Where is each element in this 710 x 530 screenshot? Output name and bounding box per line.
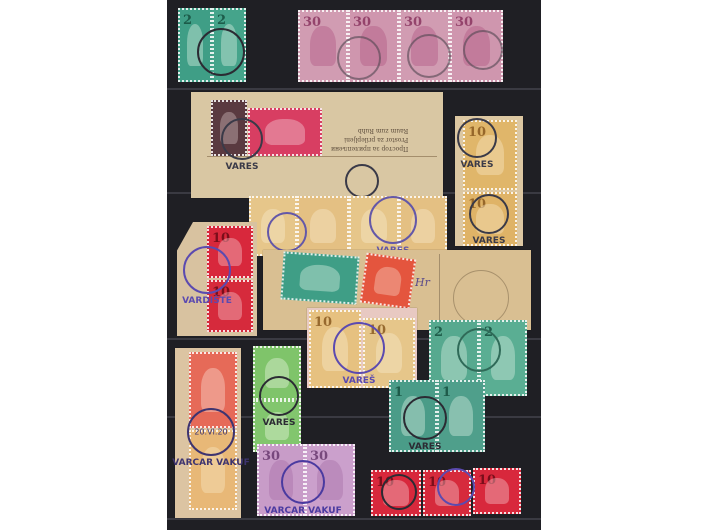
postmark-text: VAREŠ xyxy=(343,376,376,386)
postmark-varcar-vakuf: VARCAR VAKUF xyxy=(281,460,325,504)
postmark-text: VARCAR VAKUF xyxy=(172,458,249,468)
postmark-date: 20.VI.20 xyxy=(194,428,227,437)
postmark-text: VARES xyxy=(461,160,494,170)
stockbook-page: 2 2 30 30 30 30 Простор за прилепљени Pr… xyxy=(167,0,541,530)
form-text-line: Prostor za prilepljeni xyxy=(331,135,408,144)
postmark-vares: VAREŠ xyxy=(333,322,385,374)
postmark xyxy=(407,34,451,78)
postmark-vares: VARES xyxy=(457,118,497,158)
postmark-vares: VARES xyxy=(259,376,299,416)
stamp-figure xyxy=(310,209,337,243)
postmark xyxy=(267,212,307,252)
stamp-figure xyxy=(485,478,510,503)
postmark-text: VARES xyxy=(409,442,442,452)
postmark xyxy=(463,30,503,70)
stockbook-strip xyxy=(167,88,541,90)
postmark xyxy=(381,474,417,510)
postmark-vares: VARES xyxy=(221,118,263,160)
stamp-orange-red-10 xyxy=(360,253,416,309)
postmark xyxy=(197,28,245,76)
stockbook-strip xyxy=(167,518,541,520)
postmark xyxy=(457,328,501,372)
denomination: 1 xyxy=(442,385,451,400)
stamp-figure xyxy=(299,263,341,292)
postmark-text: VARDIŠTE xyxy=(182,296,232,306)
postmark xyxy=(437,468,475,506)
postmark-varcar-vakuf: 20.VI.20 VARCAR VAKUF xyxy=(187,408,235,456)
stamp-figure xyxy=(449,396,474,437)
faint-postmark xyxy=(453,270,509,326)
postmark-vares: VARES xyxy=(369,196,417,244)
postmark-vardiste: VARDIŠTE xyxy=(183,246,231,294)
postmark-vares: VARES xyxy=(403,396,447,440)
form-text: Простор за прилепљени Prostor za prilepl… xyxy=(331,126,408,153)
stamp-figure xyxy=(201,368,226,411)
stamp-figure xyxy=(373,266,402,297)
form-text-line: Raum zum Ruhb xyxy=(331,126,408,135)
postmark-text: VARES xyxy=(226,162,259,172)
postmark-text: VARES xyxy=(473,236,506,246)
handwritten-note: Hr xyxy=(415,276,430,289)
denomination: 2 xyxy=(434,325,443,340)
stamp-green xyxy=(280,251,359,304)
stamp-figure xyxy=(310,26,336,67)
denomination: 1 xyxy=(394,385,403,400)
postmark-vares: VARES xyxy=(469,194,509,234)
stamp-figure xyxy=(265,119,304,145)
postmark xyxy=(337,36,381,80)
postmark xyxy=(345,164,379,198)
postmark-text: VARCAR VAKUF xyxy=(264,506,341,516)
form-line xyxy=(439,254,440,326)
stamp-red-10: 10 xyxy=(473,468,521,514)
form-text-line: Простор за прилепљени xyxy=(331,144,408,153)
postmark-text: VARES xyxy=(263,418,296,428)
